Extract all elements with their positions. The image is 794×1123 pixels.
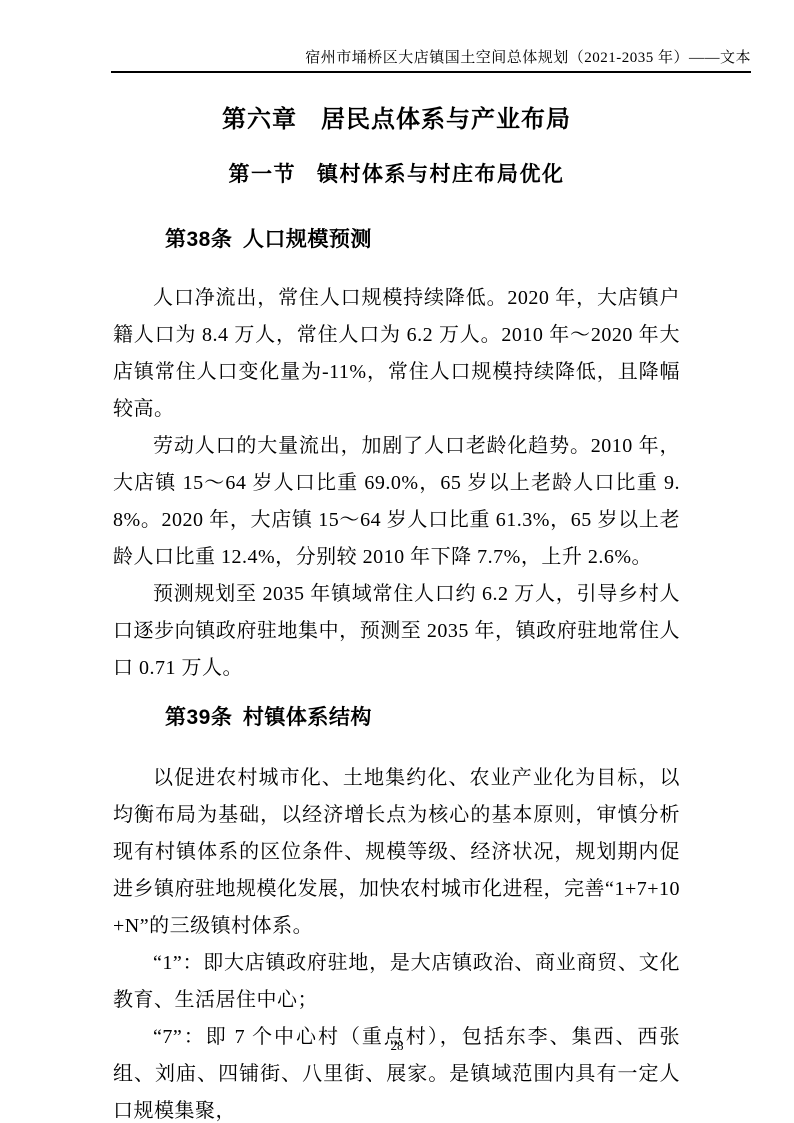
article-39-number: 第39条 [165, 706, 232, 729]
article-39-title: 村镇体系结构 [243, 706, 372, 729]
article-38-paragraph-1: 人口净流出，常住人口规模持续降低。2020 年，大店镇户籍人口为 8.4 万人，… [113, 280, 680, 428]
article-39-paragraph-2: “1”：即大店镇政府驻地，是大店镇政治、商业商贸、文化教育、生活居住中心； [113, 945, 680, 1019]
page-content: 第六章居民点体系与产业布局 第一节镇村体系与村庄布局优化 第38条人口规模预测 … [113, 0, 680, 1123]
article-38-heading: 第38条人口规模预测 [165, 227, 680, 253]
document-page: 宿州市埇桥区大店镇国土空间总体规划（2021-2035 年）——文本 第六章居民… [0, 0, 794, 1123]
article-39-paragraph-3: “7”：即 7 个中心村（重点村），包括东李、集西、西张组、刘庙、四铺街、八里街… [113, 1019, 680, 1123]
section-title: 第一节镇村体系与村庄布局优化 [113, 161, 680, 188]
chapter-title-text: 居民点体系与产业布局 [321, 106, 571, 133]
article-38-paragraph-2: 劳动人口的大量流出，加剧了人口老龄化趋势。2010 年，大店镇 15～64 岁人… [113, 428, 680, 576]
chapter-label: 第六章 [222, 106, 297, 133]
article-39-heading: 第39条村镇体系结构 [165, 705, 680, 731]
section-title-text: 镇村体系与村庄布局优化 [317, 162, 565, 186]
chapter-title: 第六章居民点体系与产业布局 [113, 104, 680, 135]
article-38-paragraph-3: 预测规划至 2035 年镇域常住人口约 6.2 万人，引导乡村人口逐步向镇政府驻… [113, 576, 680, 687]
page-number: 28 [0, 1038, 794, 1054]
section-label: 第一节 [229, 162, 297, 186]
article-38-number: 第38条 [165, 228, 232, 251]
article-39-paragraph-1: 以促进农村城市化、土地集约化、农业产业化为目标，以均衡布局为基础，以经济增长点为… [113, 760, 680, 945]
article-38-title: 人口规模预测 [243, 228, 372, 251]
